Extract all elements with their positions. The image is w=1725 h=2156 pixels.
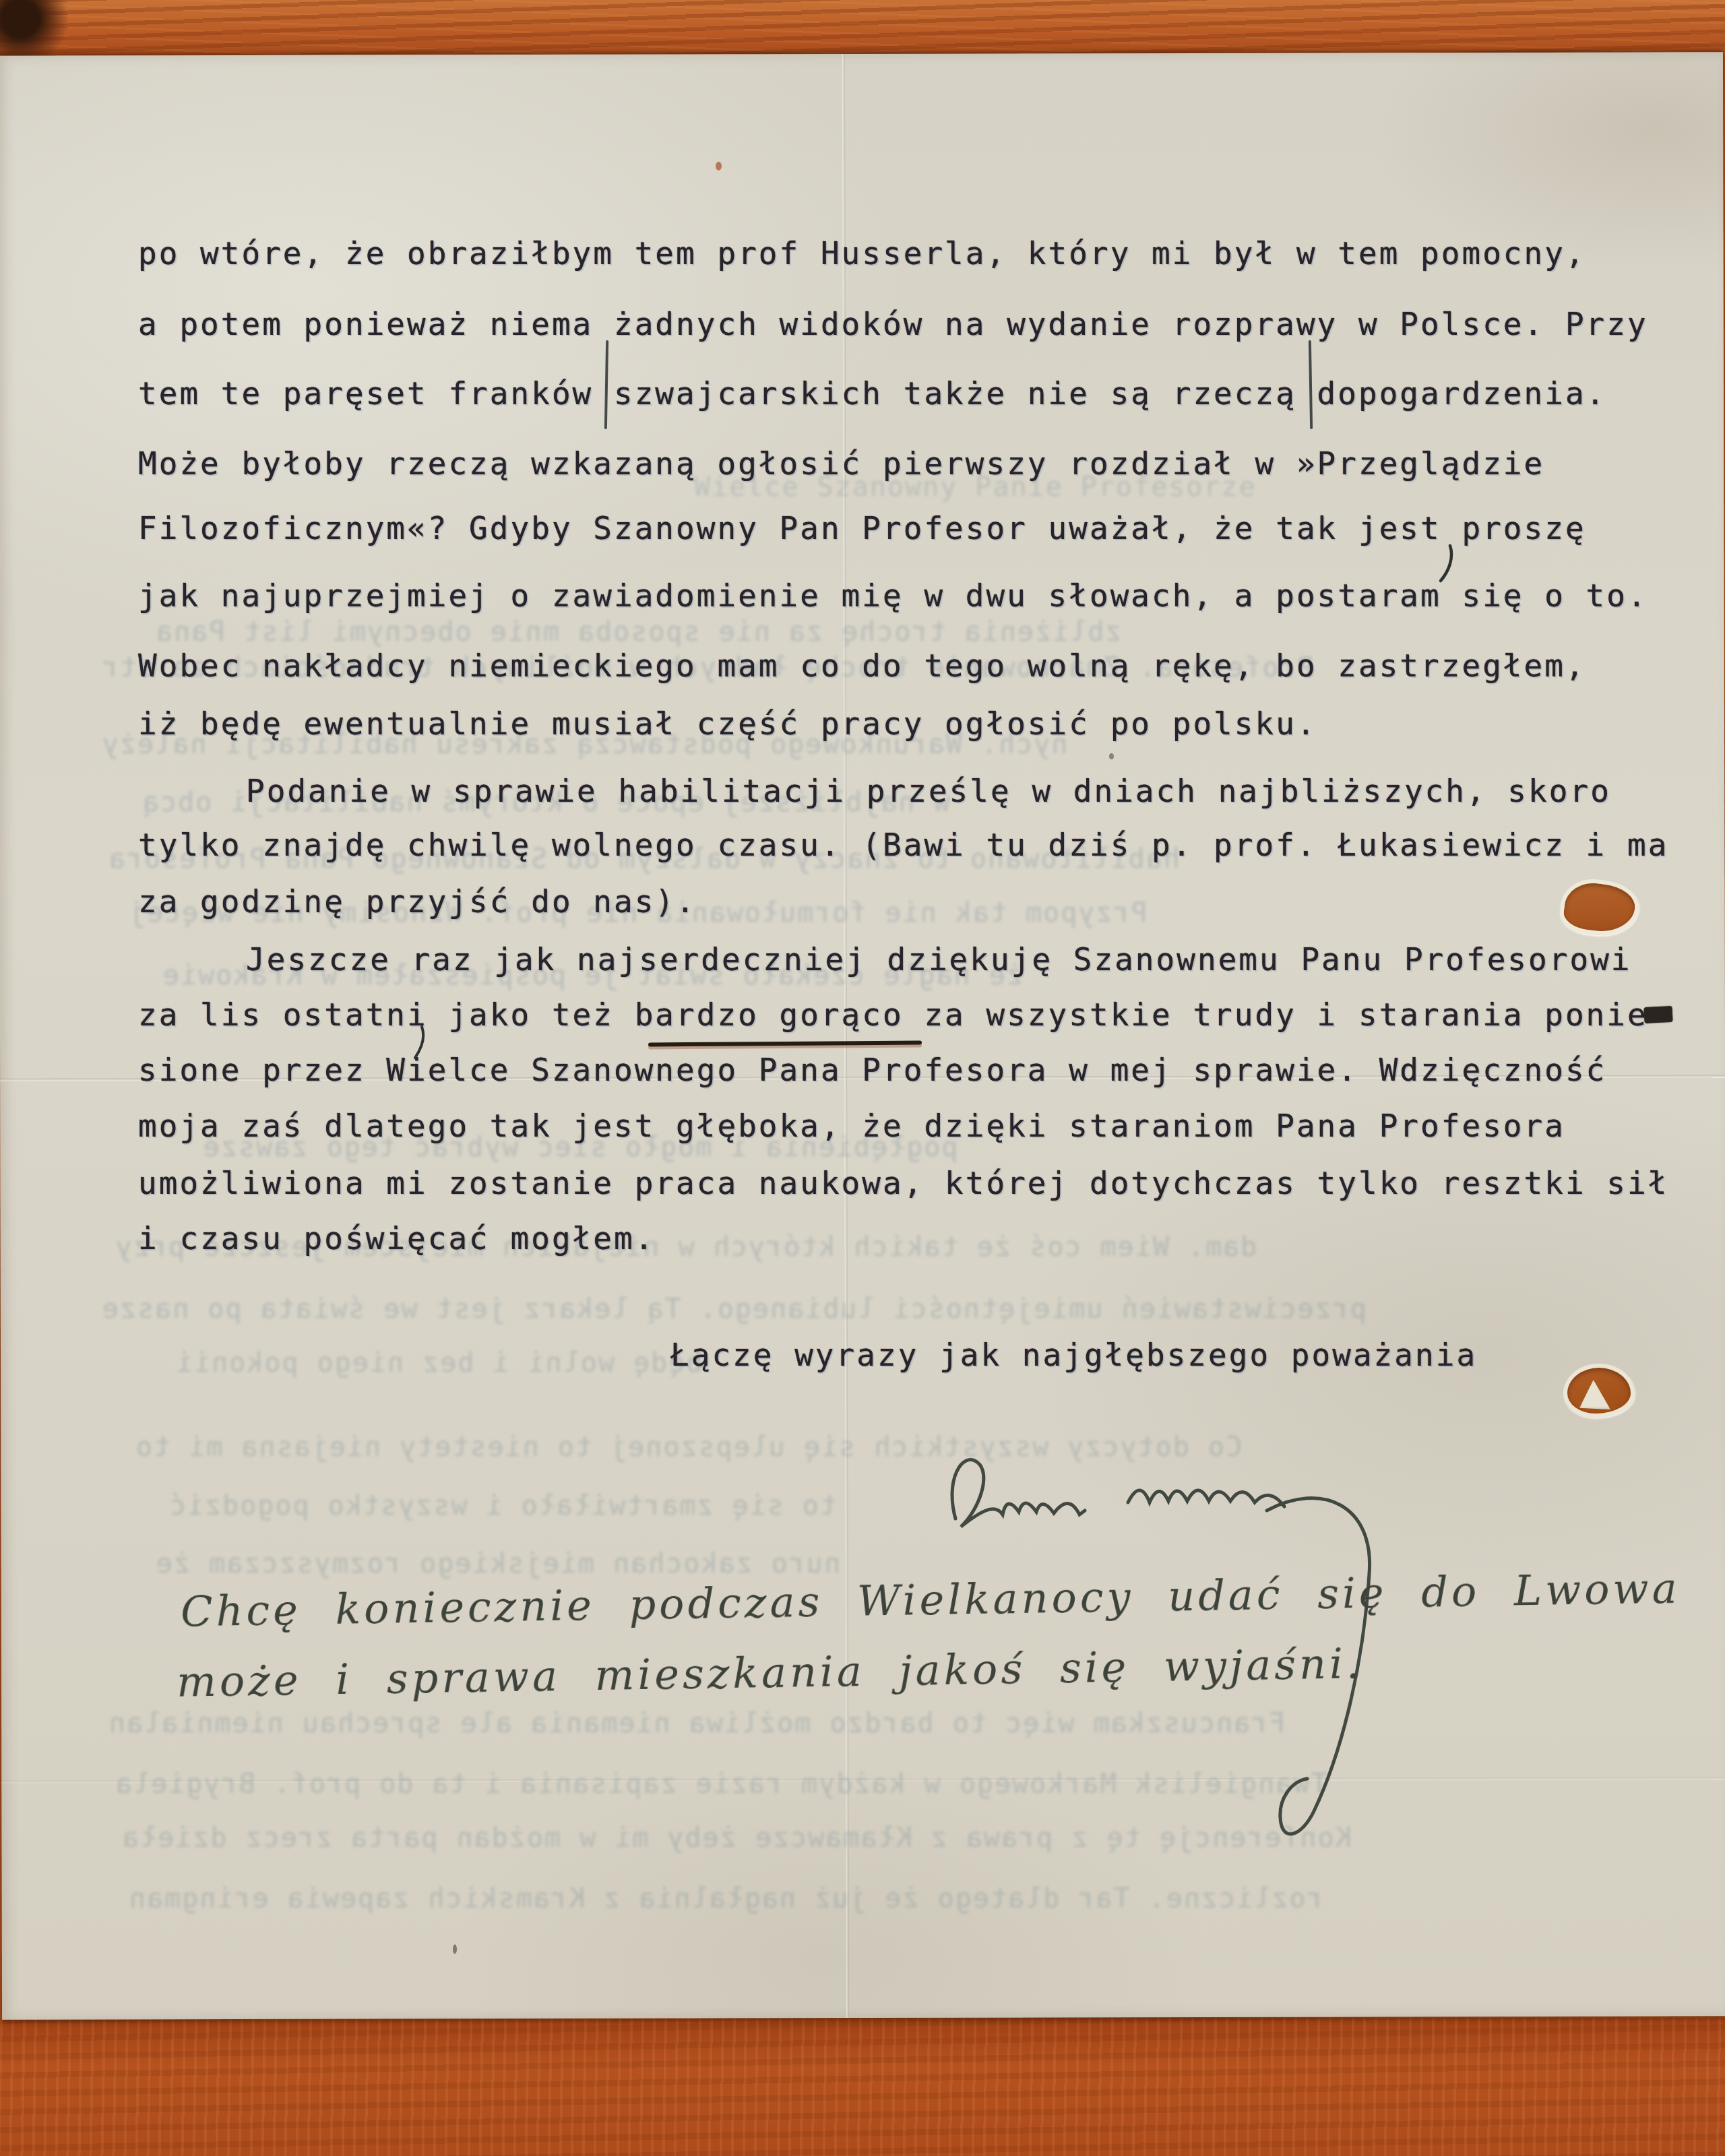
typed-line: a potem ponieważ niema żadnych widoków n… [138, 307, 1648, 342]
typed-line: jak najuprzejmiej o zawiadomienie mię w … [138, 578, 1648, 613]
ghost-line: przeciwstawień umiejętności lubianego. T… [101, 1294, 1367, 1325]
punch-hole-lower [1563, 1364, 1635, 1418]
closing-line: Łączę wyrazy jak najgłębszego poważania [670, 1337, 1477, 1372]
typed-line: po wtóre, że obraziłbym tem prof Husserl… [138, 236, 1586, 271]
inserted-comma-after-ostatni [414, 1025, 427, 1060]
paper-speck [716, 162, 722, 170]
typed-line: za lis ostatni jako też bardzo gorąco za… [138, 997, 1648, 1032]
paper-speck [1109, 753, 1114, 759]
inserted-comma-after-jest [1439, 543, 1455, 583]
typed-line: za godzinę przyjść do nas). [138, 884, 697, 919]
ghost-line: będę wolni i bez niego pokonii [175, 1347, 702, 1378]
typed-line: tem te paręset franków szwajcarskich tak… [138, 376, 1606, 411]
typed-line: i czasu poświęcać mogłem. [138, 1221, 655, 1256]
paper-speck [453, 1944, 457, 1954]
typed-line: tylko znajdę chwilę wolnego czasu. (Bawi… [138, 827, 1668, 862]
typed-line: Filozoficznym«? Gdyby Szanowny Pan Profe… [138, 511, 1586, 546]
hyphenation-mark [1643, 1006, 1672, 1023]
typed-line: sione przez Wielce Szanownego Pana Profe… [138, 1052, 1606, 1087]
ghost-line: nuro zakochan miejskiego rozmyszczam że [155, 1548, 840, 1579]
wood-table-top [0, 0, 1725, 55]
typed-line: Jeszcze raz jak najserdeczniej dziękuję … [246, 942, 1632, 977]
typed-line: Może byłoby rzeczą wzkazaną ogłosić pier… [138, 446, 1544, 481]
ghost-line: zbliżenia trochę za nie sposoba mnie obe… [155, 616, 1122, 647]
wood-table-bottom [0, 2018, 1725, 2156]
typed-line: Wobec nakładcy niemieckiego mam co do te… [138, 648, 1586, 683]
scanned-letter-photo: { "scan": { "description": "Typewritten … [0, 0, 1725, 2156]
typed-line: moja zaś dlatego tak jest głęboka, że dz… [138, 1108, 1565, 1143]
ghost-line: rozliczne. Tar dlatego że już nagłalnia … [128, 1883, 1323, 1914]
typed-line: Podanie w sprawie habilitacji prześlę w … [246, 773, 1611, 808]
typed-line: umożliwiona mi zostanie praca naukowa, k… [138, 1166, 1668, 1201]
ghost-line: to się zmartwiłało i wszystko pogodzić [168, 1490, 836, 1521]
typed-line: iż będę ewentualnie musiał część pracy o… [138, 706, 1317, 741]
